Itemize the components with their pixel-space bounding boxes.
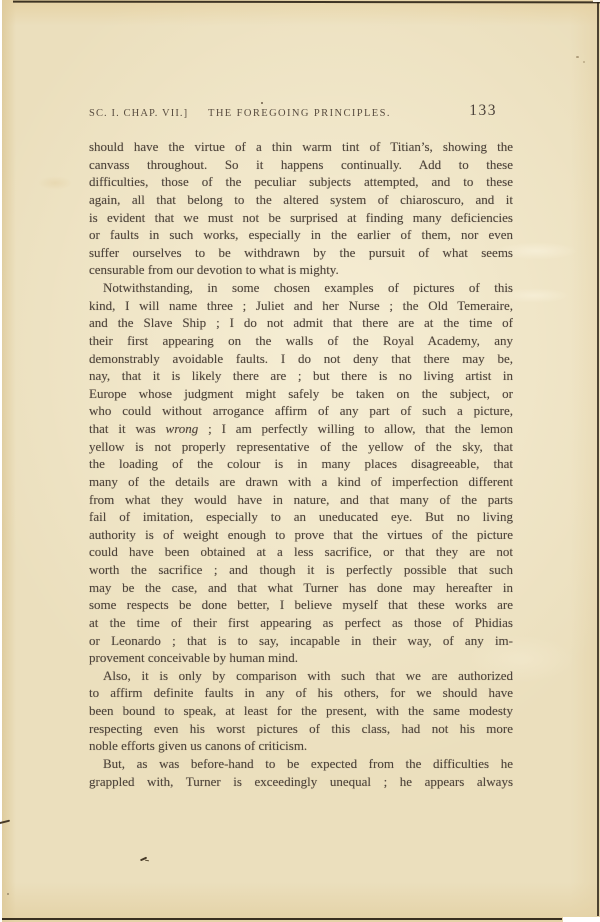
text-line: respecting even his worst pictures of th…	[89, 720, 513, 738]
text-line: difficulties, those of the peculiar subj…	[89, 173, 513, 191]
scan-corner-top-right	[593, 0, 600, 2]
text-line: many of the details are drawn with a kin…	[89, 473, 513, 491]
text-line: Notwithstanding, in some chosen examples…	[89, 279, 513, 297]
text-line: fail of imitation, especially to an uned…	[89, 508, 513, 526]
running-header: SC. I. CHAP. VII.] THE FOREGOING PRINCIP…	[89, 104, 513, 124]
text-line: censurable from our devotion to what is …	[89, 261, 513, 279]
text-line: been bound to speak, at least for the pr…	[89, 702, 513, 720]
running-header-section: SC. I. CHAP. VII.]	[89, 108, 188, 119]
text-line: But, as was before-hand to be expected f…	[89, 755, 513, 773]
text-line: provement conceivable by human mind.	[89, 649, 513, 667]
text-line: canvass throughout. So it happens contin…	[89, 156, 513, 174]
text-line: the loading of the colour is in many pla…	[89, 455, 513, 473]
text-line: that it was wrong ; I am perfectly willi…	[89, 420, 513, 438]
text-line: Europe whose judgment might safely be ta…	[89, 385, 513, 403]
text-line: authority is of weight enough to prove t…	[89, 526, 513, 544]
text-line: demonstrably avoidable faults. I do not …	[89, 350, 513, 368]
scan-corner-bottom-right	[563, 917, 600, 922]
running-header-title: THE FOREGOING PRINCIPLES.	[208, 108, 391, 119]
text-line: again, all that belong to the altered sy…	[89, 191, 513, 209]
text-line: yellow is not properly representative of…	[89, 438, 513, 456]
text-line: is evident that we must not be surprised…	[89, 209, 513, 227]
text-line: some respects be done better, I believe …	[89, 596, 513, 614]
text-line: noble efforts given us canons of critici…	[89, 737, 513, 755]
text-line: could have been obtained at a less sacri…	[89, 543, 513, 561]
text-line: from what they would have in nature, and…	[89, 491, 513, 509]
page-text: should have the virtue of a thin warm ti…	[89, 138, 513, 790]
text-line: worth the sacrifice ; and though it is p…	[89, 561, 513, 579]
text-line: or faults in such works, especially in t…	[89, 226, 513, 244]
page-number: 133	[469, 102, 497, 120]
text-line: Also, it is only by comparison with such…	[89, 667, 513, 685]
text-line: their first appearing on the walls of th…	[89, 332, 513, 350]
book-page: SC. I. CHAP. VII.] THE FOREGOING PRINCIP…	[0, 0, 600, 922]
text-line: should have the virtue of a thin warm ti…	[89, 138, 513, 156]
text-line: grappled with, Turner is exceedingly une…	[89, 773, 513, 791]
text-line: may be the case, and that what Turner ha…	[89, 579, 513, 597]
text-line: at the time of their first appearing as …	[89, 614, 513, 632]
text-line: or Leonardo ; that is to say, incapable …	[89, 632, 513, 650]
text-line: nay, that it is likely there are ; but t…	[89, 367, 513, 385]
text-line: kind, I will name three ; Juliet and her…	[89, 297, 513, 315]
text-line: suffer ourselves to be withdrawn by the …	[89, 244, 513, 262]
text-line: who could without arrogance affirm of an…	[89, 402, 513, 420]
text-line: to affirm definite faults in any of his …	[89, 684, 513, 702]
text-line: and the Slave Ship ; I do not admit that…	[89, 314, 513, 332]
